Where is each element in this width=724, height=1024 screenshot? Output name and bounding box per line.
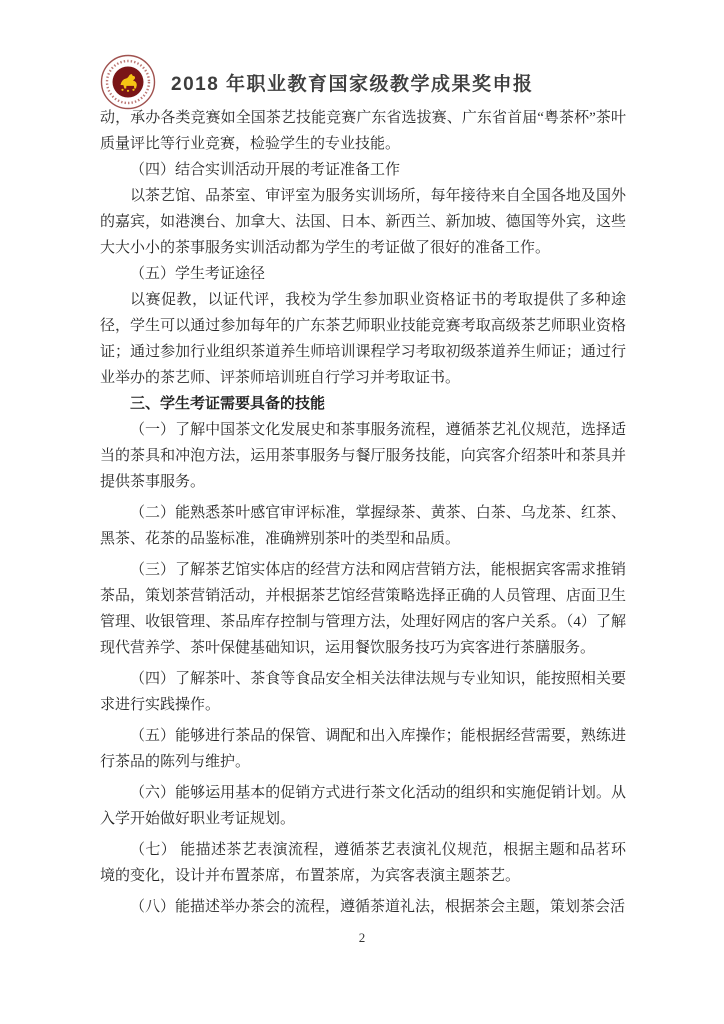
paragraph-continuation: 动，承办各类竞赛如全国茶艺技能竞赛广东省选拔赛、广东省首届“粤茶杯”茶叶质量评比…	[100, 105, 626, 157]
skill-item-4: （四）了解茶叶、茶食等食品安全相关法律法规与专业知识，能按照相关要求进行实践操作…	[100, 666, 626, 718]
skill-item-7: （七） 能描述茶艺表演流程，遵循茶艺表演礼仪规范，根据主题和品茗环境的变化，设计…	[100, 837, 626, 889]
subheading-section-5: （五）学生考证途径	[100, 261, 626, 287]
school-seal-icon	[100, 54, 156, 110]
paragraph: 以茶艺馆、品茶室、审评室为服务实训场所，每年接待来自全国各地及国外的嘉宾，如港澳…	[100, 183, 626, 261]
skill-item-5: （五）能够进行茶品的保管、调配和出入库操作；能根据经营需要，熟练进行茶品的陈列与…	[100, 723, 626, 775]
skill-item-2: （二）能熟悉茶叶感官审评标准，掌握绿茶、黄茶、白茶、乌龙茶、红茶、黑茶、花茶的品…	[100, 500, 626, 552]
skill-item-8: （八）能描述举办茶会的流程，遵循茶道礼法，根据茶会主题，策划茶会活	[100, 894, 626, 920]
subheading-section-4: （四）结合实训活动开展的考证准备工作	[100, 157, 626, 183]
skill-item-1: （一）了解中国茶文化发展史和茶事服务流程，遵循茶艺礼仪规范，选择适当的茶具和冲泡…	[100, 417, 626, 495]
skill-item-6: （六）能够运用基本的促销方式进行茶文化活动的组织和实施促销计划。从入学开始做好职…	[100, 780, 626, 832]
skill-item-3: （三）了解茶艺馆实体店的经营方法和网店营销方法，能根据宾客需求推销茶品，策划茶营…	[100, 557, 626, 661]
section-heading-skills: 三、学生考证需要具备的技能	[100, 391, 626, 417]
paragraph: 以赛促教，以证代评，我校为学生参加职业资格证书的考取提供了多种途径，学生可以通过…	[100, 287, 626, 391]
page-footer: 2	[0, 930, 724, 946]
document-body: 动，承办各类竞赛如全国茶艺技能竞赛广东省选拔赛、广东省首届“粤茶杯”茶叶质量评比…	[100, 105, 626, 920]
page-header: 2018 年职业教育国家级教学成果奖申报	[100, 54, 626, 110]
page-number: 2	[359, 930, 366, 945]
document-title: 2018 年职业教育国家级教学成果奖申报	[171, 69, 534, 96]
document-page: 2018 年职业教育国家级教学成果奖申报 动，承办各类竞赛如全国茶艺技能竞赛广东…	[0, 0, 724, 1024]
